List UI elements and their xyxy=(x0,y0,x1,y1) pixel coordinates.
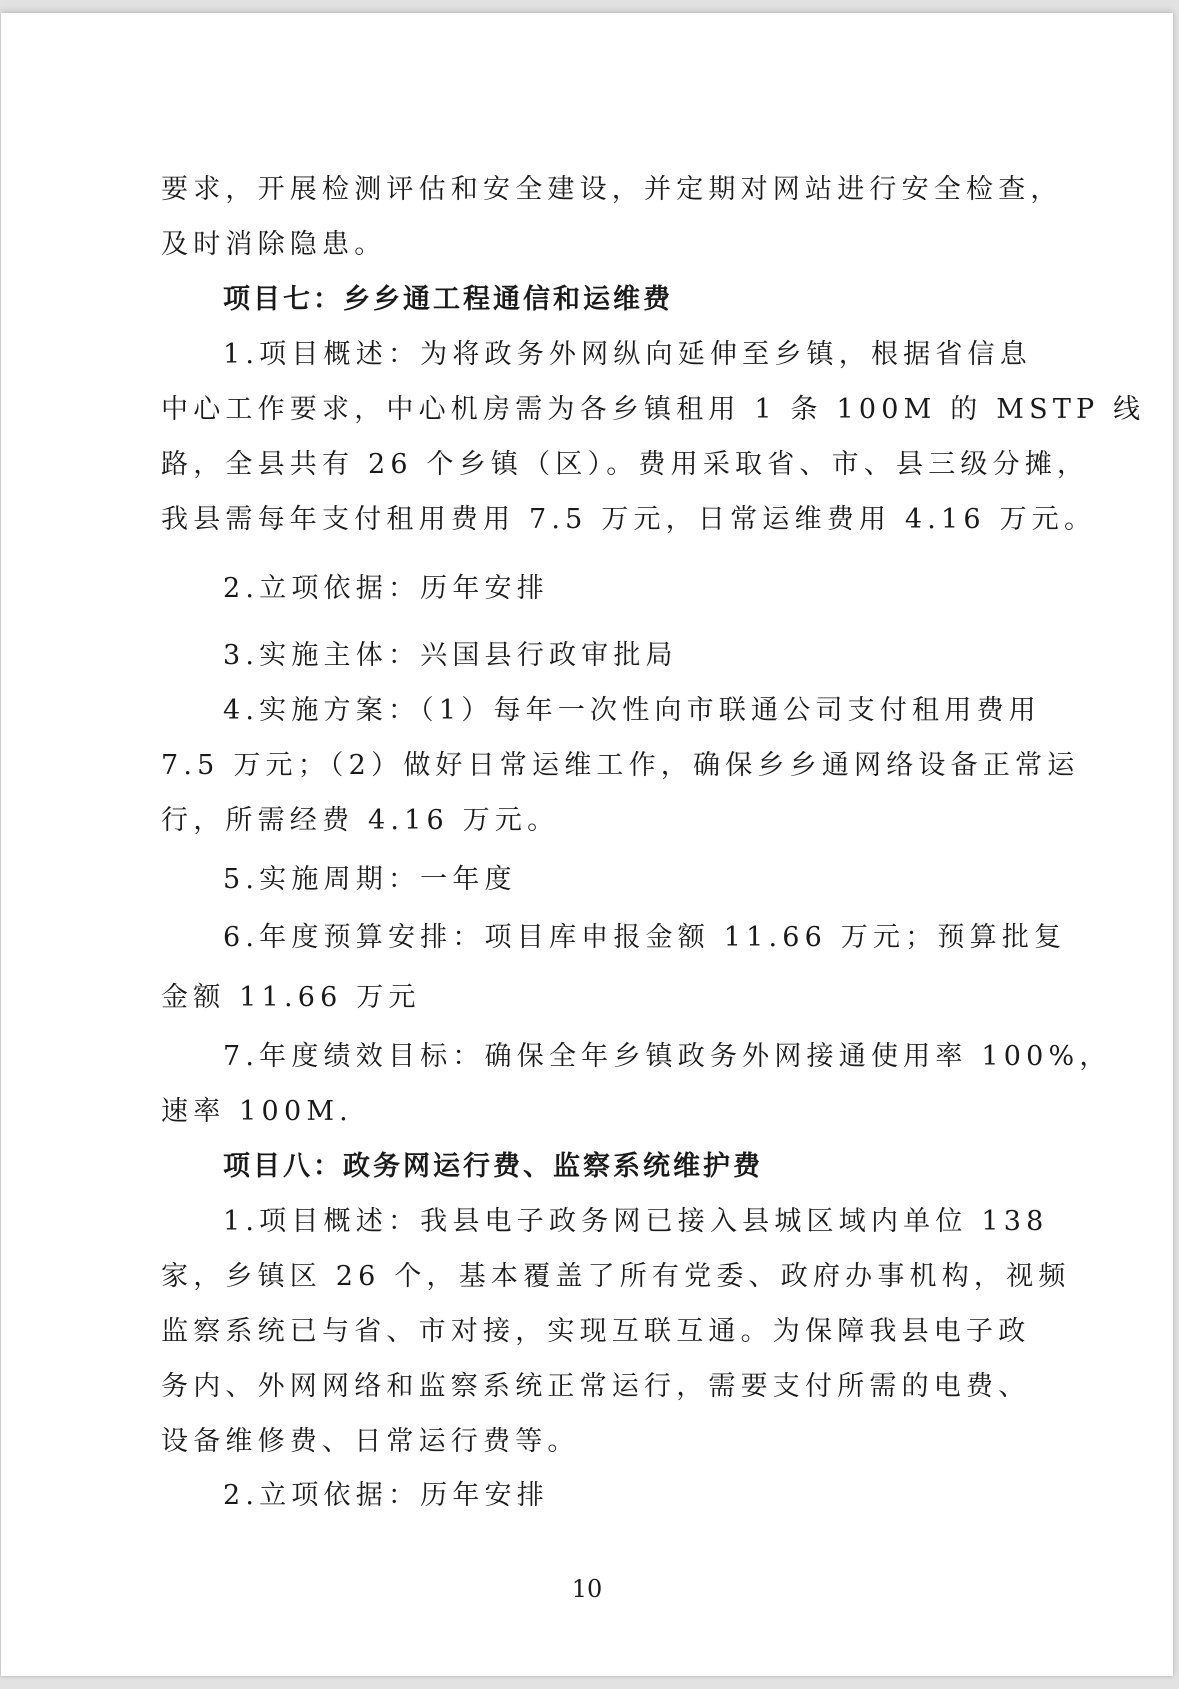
paragraph-line: 7.5 万元；（2）做好日常运维工作，确保乡乡通网络设备正常运 xyxy=(161,748,1021,784)
paragraph-line: 1.项目概述：为将政务外网纵向延伸至乡镇，根据省信息 xyxy=(223,337,1083,373)
paragraph-line: 7.年度绩效目标：确保全年乡镇政务外网接通使用率 100%， xyxy=(223,1039,1083,1075)
paragraph-line: 1.项目概述：我县电子政务网已接入县城区域内单位 138 xyxy=(223,1204,1083,1240)
paragraph-line: 2.立项依据：历年安排 xyxy=(223,1478,1083,1514)
paragraph-line: 务内、外网网络和监察系统正常运行，需要支付所需的电费、 xyxy=(161,1369,1021,1405)
page-number: 10 xyxy=(1,1575,1173,1603)
paragraph-line: 中心工作要求，中心机房需为各乡镇租用 1 条 100M 的 MSTP 线 xyxy=(161,392,1021,428)
paragraph-line: 2.立项依据：历年安排 xyxy=(223,571,1083,607)
paragraph-line: 金额 11.66 万元 xyxy=(161,980,1021,1016)
paragraph-line: 行，所需经费 4.16 万元。 xyxy=(161,803,1021,839)
paragraph-line: 6.年度预算安排：项目库申报金额 11.66 万元；预算批复 xyxy=(223,920,1083,956)
paragraph-line: 及时消除隐患。 xyxy=(161,227,1021,263)
document-page: 要求，开展检测评估和安全建设，并定期对网站进行安全检查，及时消除隐患。项目七：乡… xyxy=(1,13,1173,1676)
paragraph-line: 速率 100M. xyxy=(161,1094,1021,1130)
paragraph-line: 5.实施周期：一年度 xyxy=(223,862,1083,898)
paragraph-line: 监察系统已与省、市对接，实现互联互通。为保障我县电子政 xyxy=(161,1314,1021,1350)
paragraph-line: 家，乡镇区 26 个，基本覆盖了所有党委、政府办事机构，视频 xyxy=(161,1259,1021,1295)
paragraph-line: 要求，开展检测评估和安全建设，并定期对网站进行安全检查， xyxy=(161,172,1021,208)
section-heading: 项目八：政务网运行费、监察系统维护费 xyxy=(223,1149,1083,1185)
paragraph-line: 我县需每年支付租用费用 7.5 万元，日常运维费用 4.16 万元。 xyxy=(161,502,1021,538)
paragraph-line: 3.实施主体：兴国县行政审批局 xyxy=(223,638,1083,674)
paragraph-line: 4.实施方案：（1）每年一次性向市联通公司支付租用费用 xyxy=(223,693,1083,729)
paragraph-line: 设备维修费、日常运行费等。 xyxy=(161,1424,1021,1460)
paragraph-line: 路，全县共有 26 个乡镇（区）。费用采取省、市、县三级分摊， xyxy=(161,447,1021,483)
section-heading: 项目七：乡乡通工程通信和运维费 xyxy=(223,282,1083,318)
